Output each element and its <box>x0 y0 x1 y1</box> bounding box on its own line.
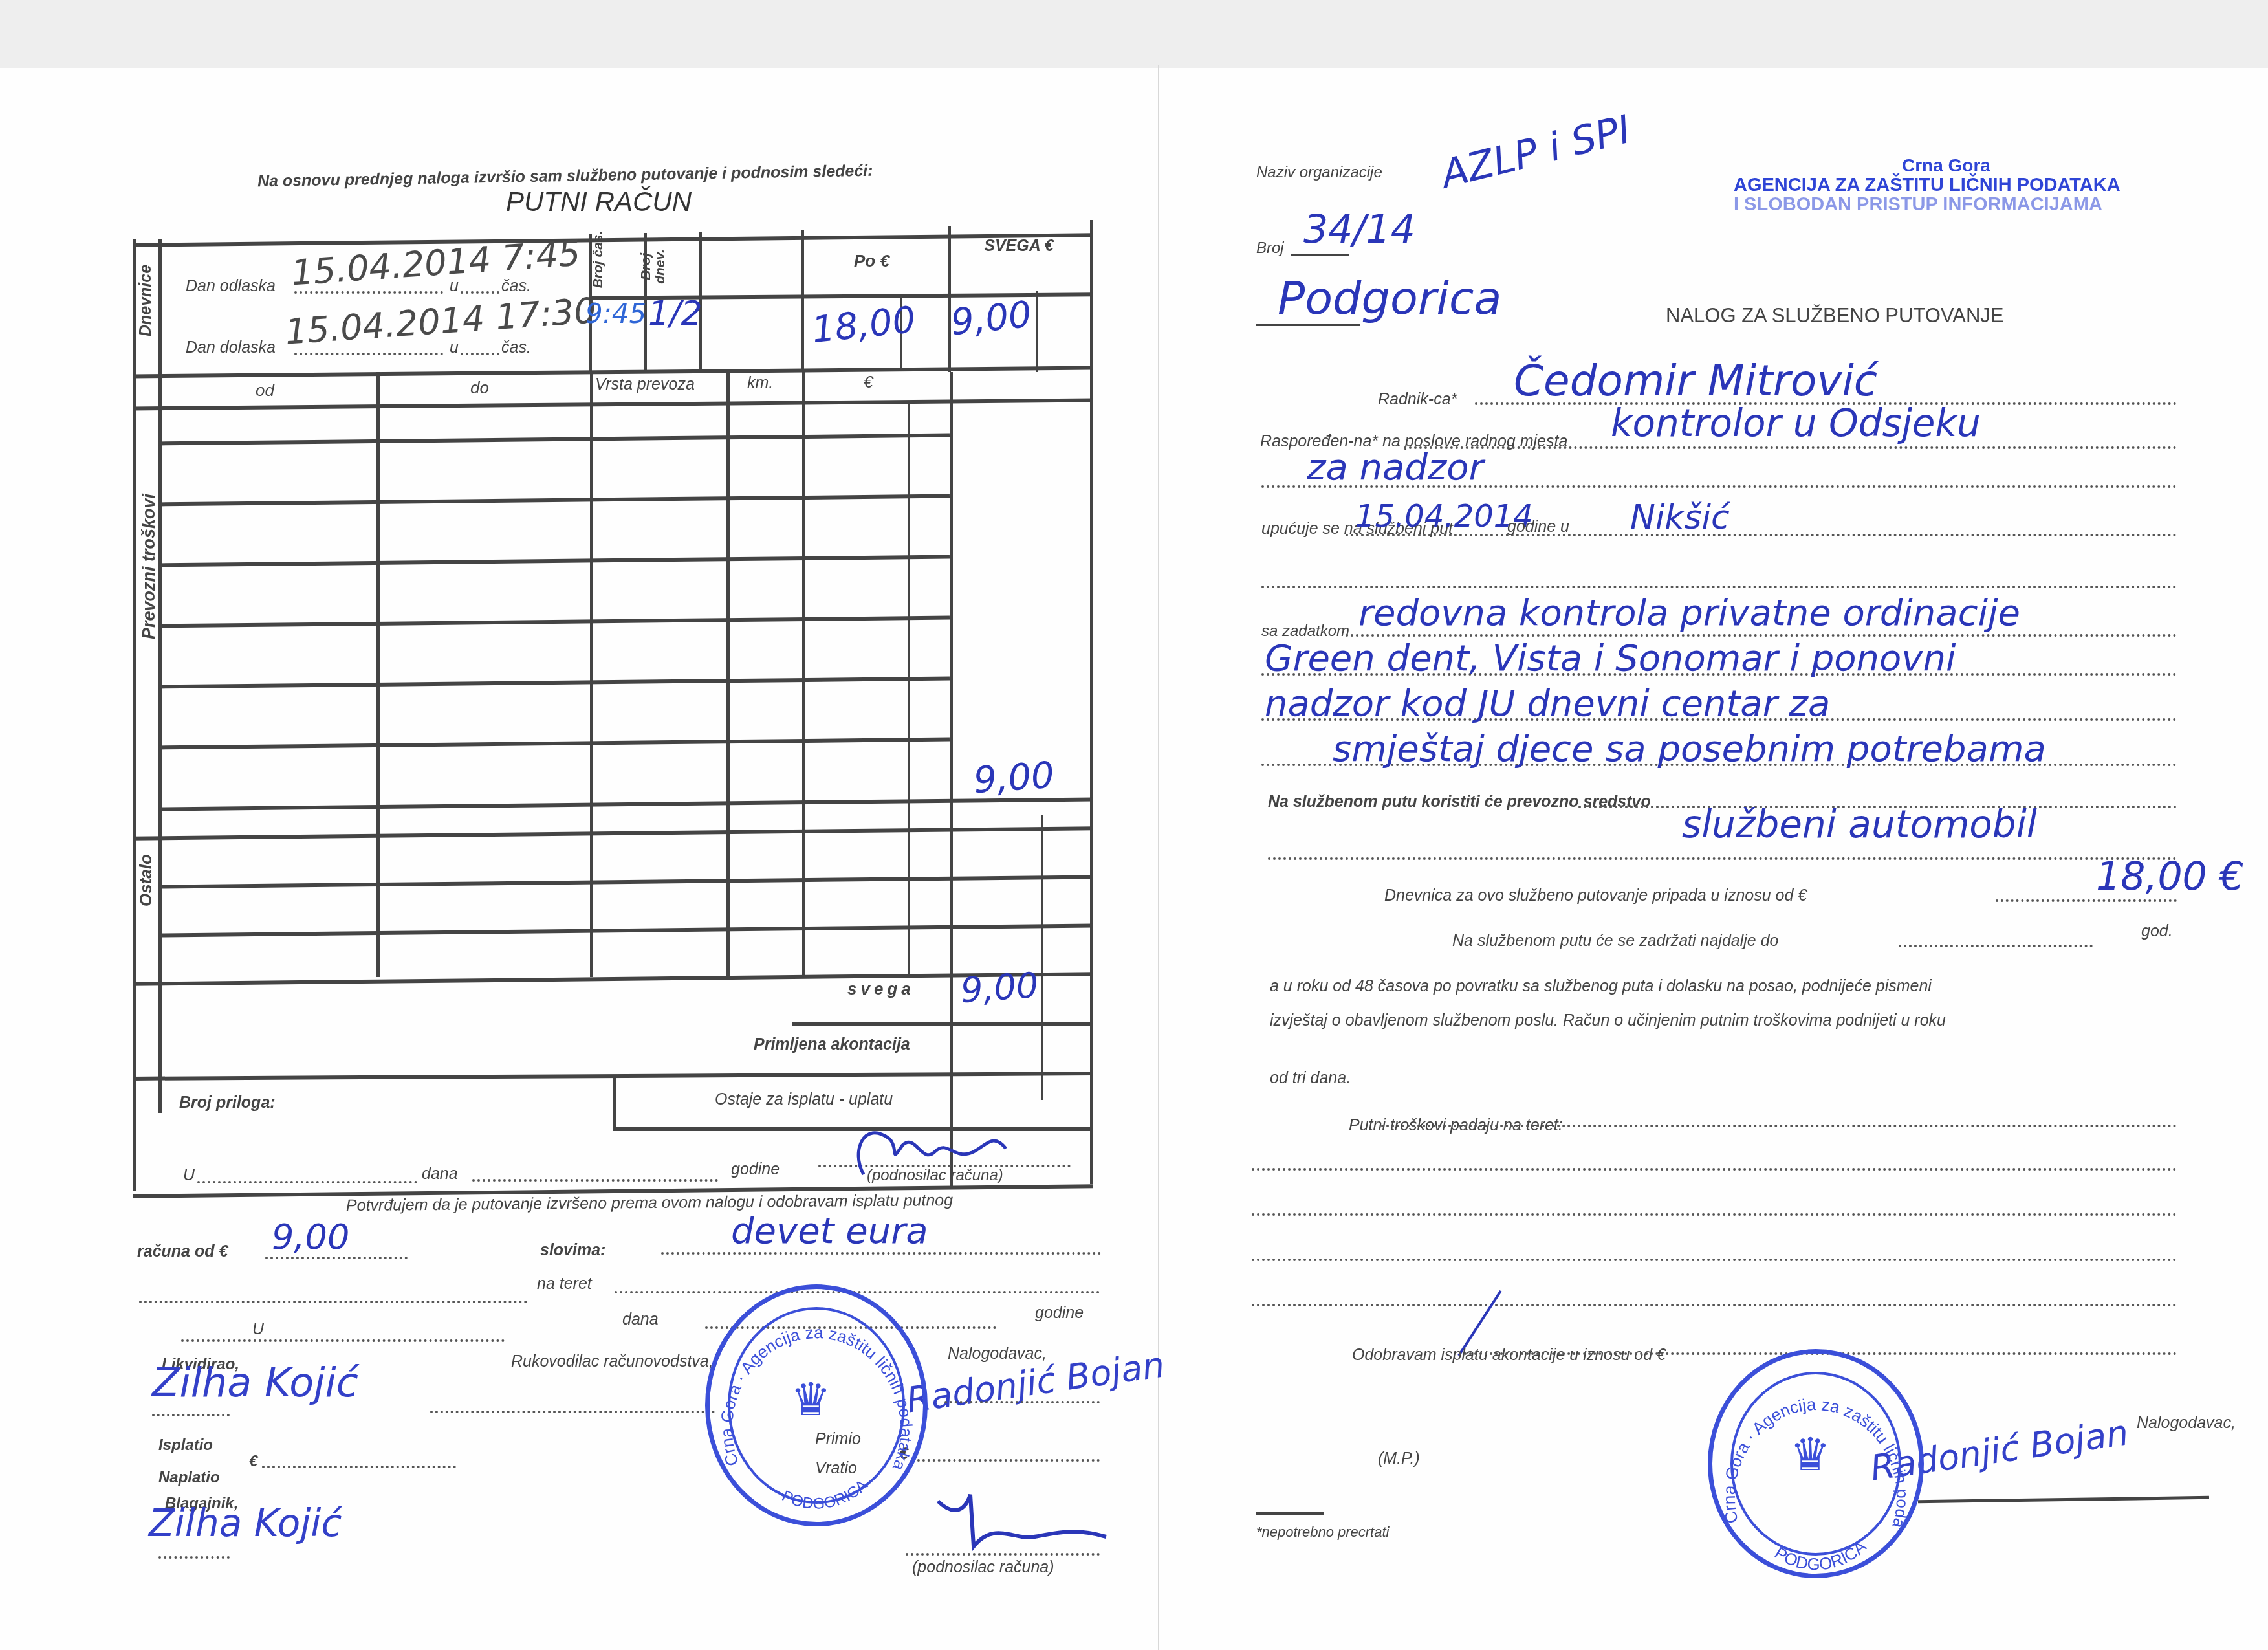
header-od: od <box>256 380 274 401</box>
table-row[interactable] <box>158 616 950 628</box>
svg-text:PODGORICA: PODGORICA <box>779 1477 871 1513</box>
table-border-left <box>133 239 136 1191</box>
scan-background-edge <box>0 0 2268 68</box>
mp-label: (M.P.) <box>1378 1449 1420 1468</box>
rukovodilac-label: Rukovodilac računovodstva, <box>511 1352 714 1371</box>
godine-label: godine <box>731 1160 780 1179</box>
col-broj-dnev: Broj dnev. <box>639 237 668 296</box>
dnevnica-label: Dnevnica za ovo službeno putovanje pripa… <box>1384 886 1807 905</box>
col-broj-cas: Broj čas. <box>591 230 605 289</box>
podnosilac-label-bottom: (podnosilac računa) <box>912 1558 1054 1577</box>
col-divider <box>801 230 804 372</box>
zadatak-line-1[interactable] <box>1346 634 2177 637</box>
prevozni-troskovi-label: Prevozni troškovi <box>139 470 159 664</box>
approval-place-line <box>181 1339 505 1342</box>
troskovi-field-line-4[interactable] <box>1252 1259 2177 1261</box>
u-label-approval: U <box>252 1320 264 1339</box>
page-title: PUTNI RAČUN <box>506 186 692 217</box>
slovima-label: slovima: <box>540 1241 605 1260</box>
zadatak-text-2[interactable]: Green dent, Vista i Sonomar i ponovni <box>1265 637 1956 679</box>
u-label: U <box>183 1166 195 1185</box>
dnevnice-label: Dnevnice <box>136 252 155 349</box>
godine-label-approval: godine <box>1035 1304 1084 1323</box>
instruction-line-3: od tri dana. <box>1270 1069 1351 1088</box>
svega-label: svega <box>847 979 915 999</box>
dana-label-approval: dana <box>622 1310 659 1329</box>
col-po: Po € <box>854 251 889 271</box>
dan-odlaska-label: Dan odlaska <box>186 277 276 296</box>
racuna-od-label: računa od € <box>137 1242 228 1261</box>
primljena-akontacija-label: Primljena akontacija <box>754 1035 910 1054</box>
nalogodavac-label-left: Nalogodavac, <box>948 1345 1047 1363</box>
primio-amount-line <box>912 1459 1100 1462</box>
zadrzati-suffix: god. <box>2141 922 2173 941</box>
official-stamp-right: Crna Gora · Agencija za zaštitu ličnih p… <box>1708 1349 1924 1578</box>
footnote: *nepotrebno precrtati <box>1256 1524 1389 1541</box>
prevozno-value[interactable]: službeni automobil <box>1682 802 2037 846</box>
col-divider <box>950 372 953 1187</box>
header-km: km. <box>747 374 773 393</box>
blagajnik-signature[interactable]: Zilha Kojić <box>149 1501 342 1545</box>
dnevnica-value[interactable]: 18,00 € <box>2096 854 2244 899</box>
radnik-value[interactable]: Čedomir Mitrović <box>1514 356 1877 406</box>
akontacija-label: Odobravam isplatu akontacije u iznosu od… <box>1352 1346 1666 1365</box>
troskovi-field-line-5[interactable] <box>1252 1304 2177 1306</box>
header-stamp-line2: AGENCIJA ZA ZAŠTITU LIČNIH PODATAKA <box>1734 175 2121 196</box>
broj-underline <box>1291 254 1349 256</box>
blagajnik-sign-line <box>158 1556 230 1559</box>
slovima-field-line <box>661 1252 1101 1255</box>
table-row[interactable] <box>158 494 950 507</box>
cas-label-2: čas. <box>501 338 531 357</box>
nalogodavac-sign-line-left <box>944 1401 1100 1403</box>
dnevnica-field-line[interactable] <box>1996 899 2177 902</box>
naziv-organizacije-label: Naziv organizacije <box>1256 164 1382 182</box>
prevozni-subtotal-value[interactable]: 9,00 <box>972 754 1056 802</box>
col-divider <box>802 372 805 977</box>
dolaska-time-line <box>461 353 499 355</box>
cas-label-1: čas. <box>501 277 531 296</box>
header-stamp-line3: I SLOBODAN PRISTUP INFORMACIJAMA <box>1734 194 2102 215</box>
rukovodilac-sign-line <box>430 1411 715 1413</box>
cents-divider <box>908 401 910 977</box>
na-teret-label: na teret <box>537 1275 592 1293</box>
zadatak-text-4[interactable]: smještaj djece sa posebnim potrebama <box>1333 728 2046 770</box>
table-row[interactable] <box>158 434 950 446</box>
coat-of-arms-icon: ♛ <box>1790 1428 1831 1481</box>
row-divider <box>158 923 1093 937</box>
instruction-line-2: izvještaj o obavljenom službenom poslu. … <box>1270 1011 1946 1030</box>
podnosilac-sign-line-bottom <box>906 1553 1100 1556</box>
radnik-label: Radnik-ca* <box>1378 390 1457 409</box>
broj-priloga-label: Broj priloga: <box>179 1094 276 1112</box>
table-row[interactable] <box>158 797 1093 811</box>
isplatio-label: Isplatio <box>158 1436 213 1455</box>
nalogodavac-sign-line <box>1918 1496 2209 1503</box>
broj-cas-value[interactable]: 9:45 <box>585 298 646 329</box>
header-vrsta-prevoza: Vrsta prevoza <box>595 375 695 394</box>
col-divider <box>948 226 951 372</box>
table-border-right <box>1090 220 1093 1184</box>
prevozno-label: Na službenom putu koristiti će prevozno … <box>1268 793 1651 811</box>
footnote-rule <box>1256 1512 1324 1515</box>
u-label-2: u <box>450 338 459 357</box>
coat-of-arms-icon: ♛ <box>791 1373 831 1426</box>
col-divider <box>726 372 730 977</box>
svega-total-value[interactable]: 9,00 <box>959 965 1040 1011</box>
prevozno-field-line-2[interactable] <box>1268 857 2177 860</box>
ostaje-label: Ostaje za isplatu - uplatu <box>715 1090 893 1109</box>
godine-u-label: godine u <box>1507 518 1569 536</box>
naziv-organizacije-value[interactable]: AZLP i SPI <box>1437 107 1635 197</box>
troskovi-field-line-3[interactable] <box>1252 1213 2177 1216</box>
nalogodavac-label-right: Nalogodavac, <box>2137 1414 2236 1433</box>
upucuje-date[interactable]: 15.04.2014 <box>1355 498 1533 534</box>
table-row[interactable] <box>158 677 950 689</box>
slovima-value[interactable]: devet eura <box>731 1210 928 1252</box>
date-field-line <box>472 1179 718 1182</box>
broj-value[interactable]: 34/14 <box>1303 207 1415 252</box>
ostalo-label: Ostalo <box>136 845 156 916</box>
cents-divider <box>1036 291 1038 372</box>
podnosilac-signature-bottom[interactable] <box>932 1488 1113 1553</box>
blank-field-line[interactable] <box>1261 586 2177 588</box>
instruction-line-1: a u roku od 48 časova po povratku sa slu… <box>1270 977 1932 996</box>
row-divider <box>158 875 1093 888</box>
header-do: do <box>470 378 489 398</box>
header-euro: € <box>864 372 873 392</box>
table-row[interactable] <box>158 738 950 750</box>
dan-dolaska-field-line <box>294 353 443 355</box>
official-stamp-left: Crna Gora · Agencija za zaštitu ličnih p… <box>705 1284 928 1526</box>
rasporedjen-value-2[interactable]: za nadzor <box>1307 446 1484 489</box>
page-fold <box>1158 65 1159 1650</box>
naplatio-label: Naplatio <box>158 1469 220 1487</box>
mjesto-underline <box>1256 324 1360 326</box>
place-field-line <box>197 1181 417 1183</box>
zadrzati-field-line[interactable] <box>1899 945 2093 947</box>
dan-dolaska-label: Dan dolaska <box>186 338 276 357</box>
podnosilac-signature[interactable] <box>825 1113 1084 1184</box>
zadatak-text-3[interactable]: nadzor kod JU dnevni centar za <box>1265 683 1830 725</box>
col-divider <box>590 372 593 977</box>
euro-symbol-left: € <box>249 1453 257 1471</box>
odlaska-time-line <box>461 291 499 294</box>
broj-dnev-value[interactable]: 1/2 <box>648 294 703 333</box>
zadatak-text-1[interactable]: redovna kontrola privatne ordinacije <box>1358 592 2020 634</box>
zadrzati-label: Na službenom putu će se zadržati najdalj… <box>1452 932 1778 951</box>
na-teret-field-line-2 <box>139 1301 527 1303</box>
troskovi-field-line[interactable] <box>1381 1125 2177 1127</box>
col-svega: SVEGA € <box>977 237 1061 256</box>
header-stamp-line1: Crna Gora <box>1902 155 1990 176</box>
row-divider <box>792 1022 1093 1026</box>
rasporedjen-value-1[interactable]: kontrolor u Odsjeku <box>1611 401 1981 445</box>
mjesto-value[interactable]: Podgorica <box>1278 272 1501 325</box>
racuna-od-value[interactable]: 9,00 <box>272 1216 349 1257</box>
dana-label: dana <box>422 1165 458 1183</box>
likvidirao-signature[interactable]: Zilha Kojić <box>152 1359 358 1406</box>
troskovi-field-line-2[interactable] <box>1252 1168 2177 1171</box>
rasporedjen-field-line[interactable] <box>1404 446 2177 449</box>
svg-text:PODGORICA: PODGORICA <box>1771 1536 1870 1574</box>
dan-dolaska-value[interactable]: 15.04.2014 17:30 <box>283 290 597 352</box>
broj-label: Broj <box>1256 239 1284 258</box>
cents-divider <box>1041 815 1043 1100</box>
likvidirao-sign-line <box>152 1414 230 1416</box>
nalog-title: NALOG ZA SLUŽBENO PUTOVANJE <box>1666 304 2004 327</box>
table-row[interactable] <box>158 555 950 567</box>
isplatio-amount-line <box>262 1466 456 1468</box>
svega-value[interactable]: 9,00 <box>949 294 1034 344</box>
col-divider <box>613 1077 616 1129</box>
destination-value[interactable]: Nikšić <box>1630 498 1730 537</box>
